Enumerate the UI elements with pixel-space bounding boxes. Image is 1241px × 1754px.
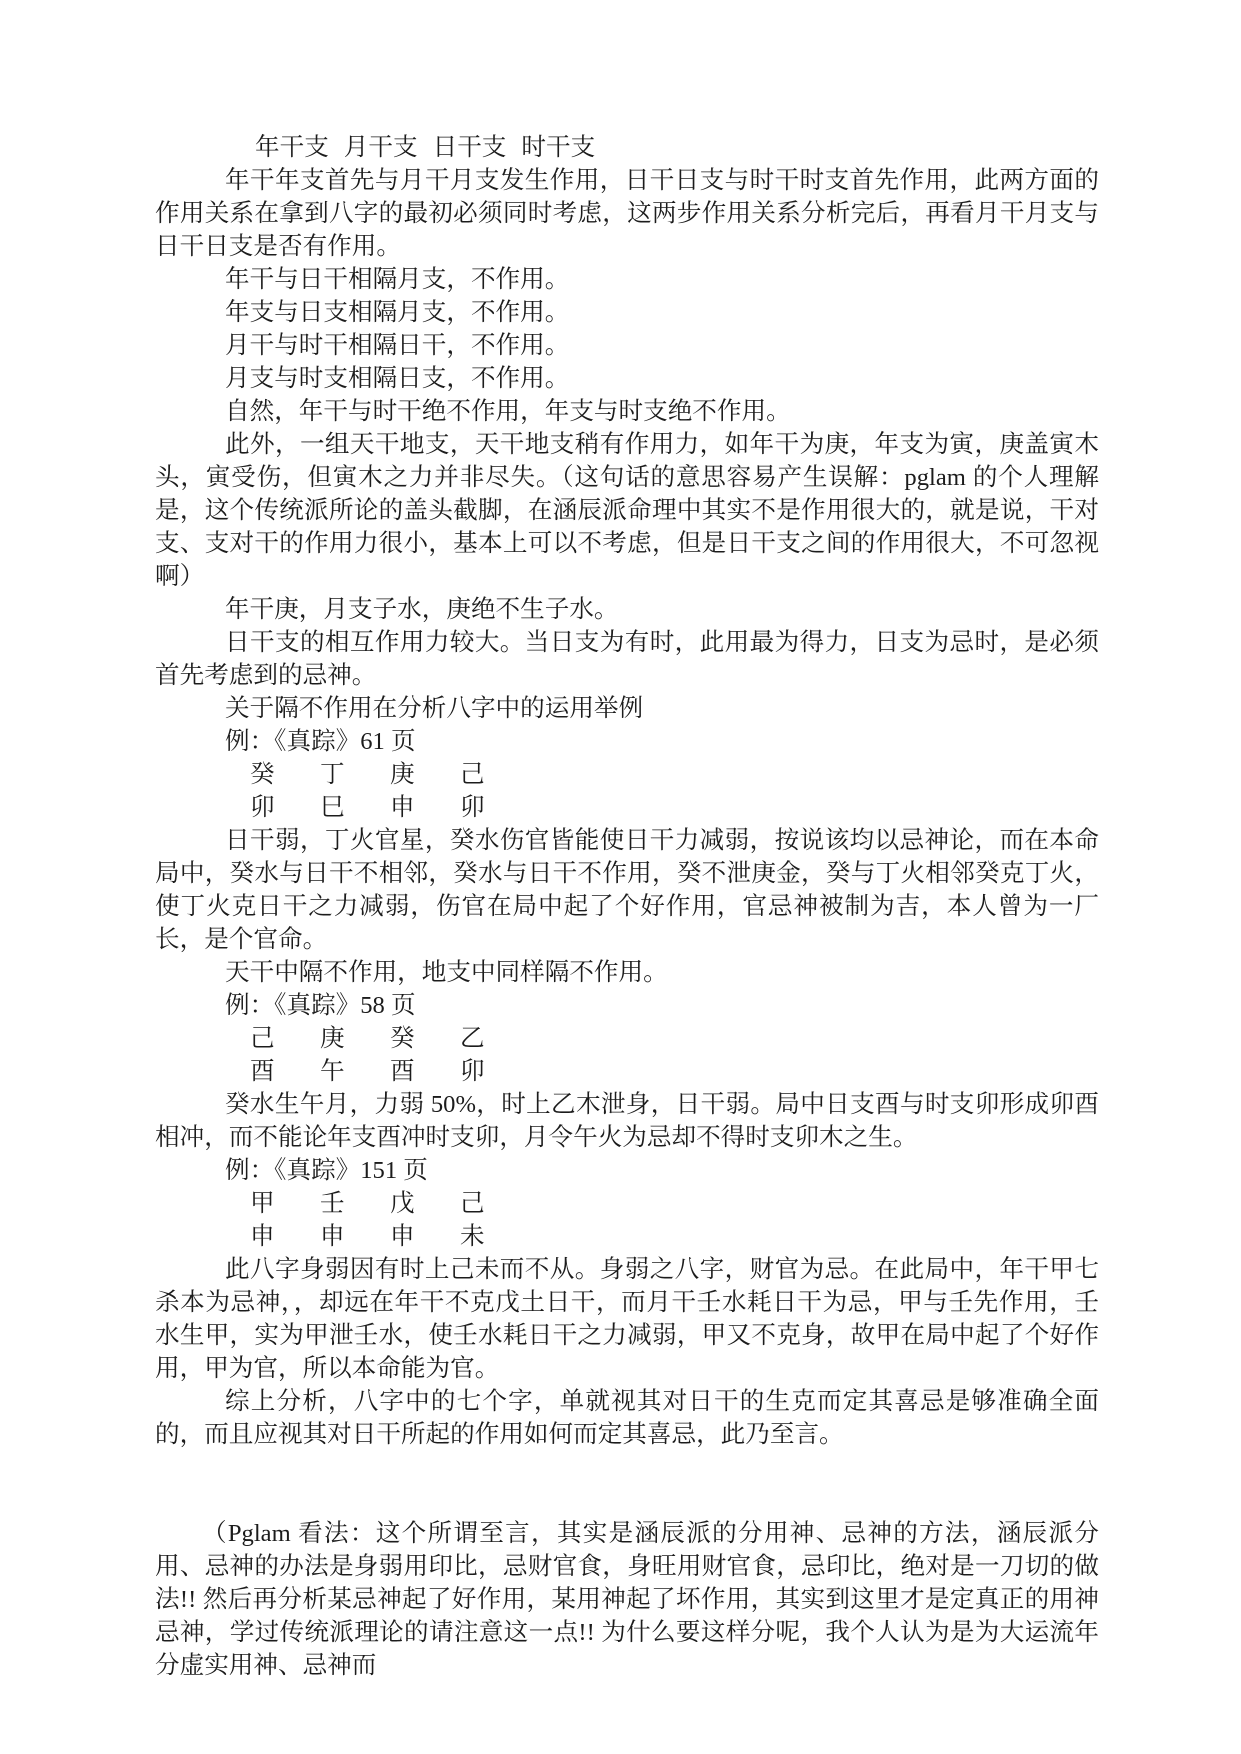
- paragraph: 年支与日支相隔月支，不作用。: [155, 296, 1099, 329]
- bazi-stem-cell: 壬: [320, 1187, 390, 1220]
- bazi-branche-cell: 巳: [320, 791, 390, 824]
- document-content: 年干支月干支日干支时干支年干年支首先与月干月支发生作用，日干日支与时干时支首先作…: [155, 131, 1099, 1682]
- bazi-branche-cell: 卯: [250, 791, 320, 824]
- bazi-branche-cell: 申: [250, 1220, 320, 1253]
- bazi-branches-row: 卯巳申卯: [155, 791, 1099, 824]
- paragraph: 关于隔不作用在分析八字中的运用举例: [155, 692, 1099, 725]
- paragraph: 年干与日干相隔月支，不作用。: [155, 263, 1099, 296]
- pillar-header-row: 年干支月干支日干支时干支: [155, 131, 1099, 164]
- paragraph: 例：《真踪》151 页: [155, 1154, 1099, 1187]
- bazi-branche-cell: 申: [390, 1220, 460, 1253]
- bazi-branche-cell: 申: [390, 791, 460, 824]
- paragraph: 例：《真踪》61 页: [155, 725, 1099, 758]
- bazi-branche-cell: 未: [460, 1220, 530, 1253]
- pillar-header-label: 时干支: [521, 131, 595, 164]
- paragraph: 年干年支首先与月干月支发生作用，日干日支与时干时支首先作用，此两方面的作用关系在…: [155, 164, 1099, 263]
- bazi-stem-cell: 庚: [390, 758, 460, 791]
- pillar-header-label: 年干支: [255, 131, 329, 164]
- paragraph: （Pglam 看法：这个所谓至言，其实是涵辰派的分用神、忌神的方法，涵辰派分用、…: [155, 1517, 1099, 1682]
- paragraph: 月支与时支相隔日支，不作用。: [155, 362, 1099, 395]
- bazi-stem-cell: 癸: [250, 758, 320, 791]
- bazi-branches-row: 酉午酉卯: [155, 1055, 1099, 1088]
- paragraph: 癸水生午月，力弱 50%，时上乙木泄身，日干弱。局中日支酉与时支卯形成卯酉相冲，…: [155, 1088, 1099, 1154]
- paragraph: 日干支的相互作用力较大。当日支为有时，此用最为得力，日支为忌时，是必须首先考虑到…: [155, 626, 1099, 692]
- document-page: 年干支月干支日干支时干支年干年支首先与月干月支发生作用，日干日支与时干时支首先作…: [0, 0, 1241, 1754]
- bazi-branches-row: 申申申未: [155, 1220, 1099, 1253]
- paragraph: 此八字身弱因有时上己未而不从。身弱之八字，财官为忌。在此局中，年干甲七杀本为忌神…: [155, 1253, 1099, 1385]
- paragraph: 年干庚，月支子水，庚绝不生子水。: [155, 593, 1099, 626]
- bazi-stem-cell: 甲: [250, 1187, 320, 1220]
- bazi-stem-cell: 庚: [320, 1022, 390, 1055]
- bazi-stem-cell: 癸: [390, 1022, 460, 1055]
- bazi-stems-row: 癸丁庚己: [155, 758, 1099, 791]
- paragraph: 此外，一组天干地支，天干地支稍有作用力，如年干为庚，年支为寅，庚盖寅木头，寅受伤…: [155, 428, 1099, 593]
- bazi-branche-cell: 酉: [390, 1055, 460, 1088]
- paragraph: 自然，年干与时干绝不作用，年支与时支绝不作用。: [155, 395, 1099, 428]
- bazi-branche-cell: 卯: [460, 791, 530, 824]
- pillar-header-label: 月干支: [344, 131, 418, 164]
- bazi-branche-cell: 申: [320, 1220, 390, 1253]
- bazi-branche-cell: 酉: [250, 1055, 320, 1088]
- paragraph: 天干中隔不作用，地支中同样隔不作用。: [155, 956, 1099, 989]
- bazi-stem-cell: 己: [250, 1022, 320, 1055]
- bazi-branche-cell: 卯: [460, 1055, 530, 1088]
- bazi-stem-cell: 己: [460, 758, 530, 791]
- bazi-stem-cell: 戊: [390, 1187, 460, 1220]
- bazi-stem-cell: 乙: [460, 1022, 530, 1055]
- paragraph: 日干弱，丁火官星，癸水伤官皆能使日干力减弱，按说该均以忌神论，而在本命局中，癸水…: [155, 824, 1099, 956]
- bazi-stems-row: 己庚癸乙: [155, 1022, 1099, 1055]
- bazi-stems-row: 甲壬戊己: [155, 1187, 1099, 1220]
- paragraph: 月干与时干相隔日干，不作用。: [155, 329, 1099, 362]
- bazi-stem-cell: 己: [460, 1187, 530, 1220]
- paragraph: 例：《真踪》58 页: [155, 989, 1099, 1022]
- bazi-branche-cell: 午: [320, 1055, 390, 1088]
- bazi-stem-cell: 丁: [320, 758, 390, 791]
- pillar-header-label: 日干支: [433, 131, 507, 164]
- paragraph: 综上分析，八字中的七个字，单就视其对日干的生克而定其喜忌是够准确全面的，而且应视…: [155, 1385, 1099, 1451]
